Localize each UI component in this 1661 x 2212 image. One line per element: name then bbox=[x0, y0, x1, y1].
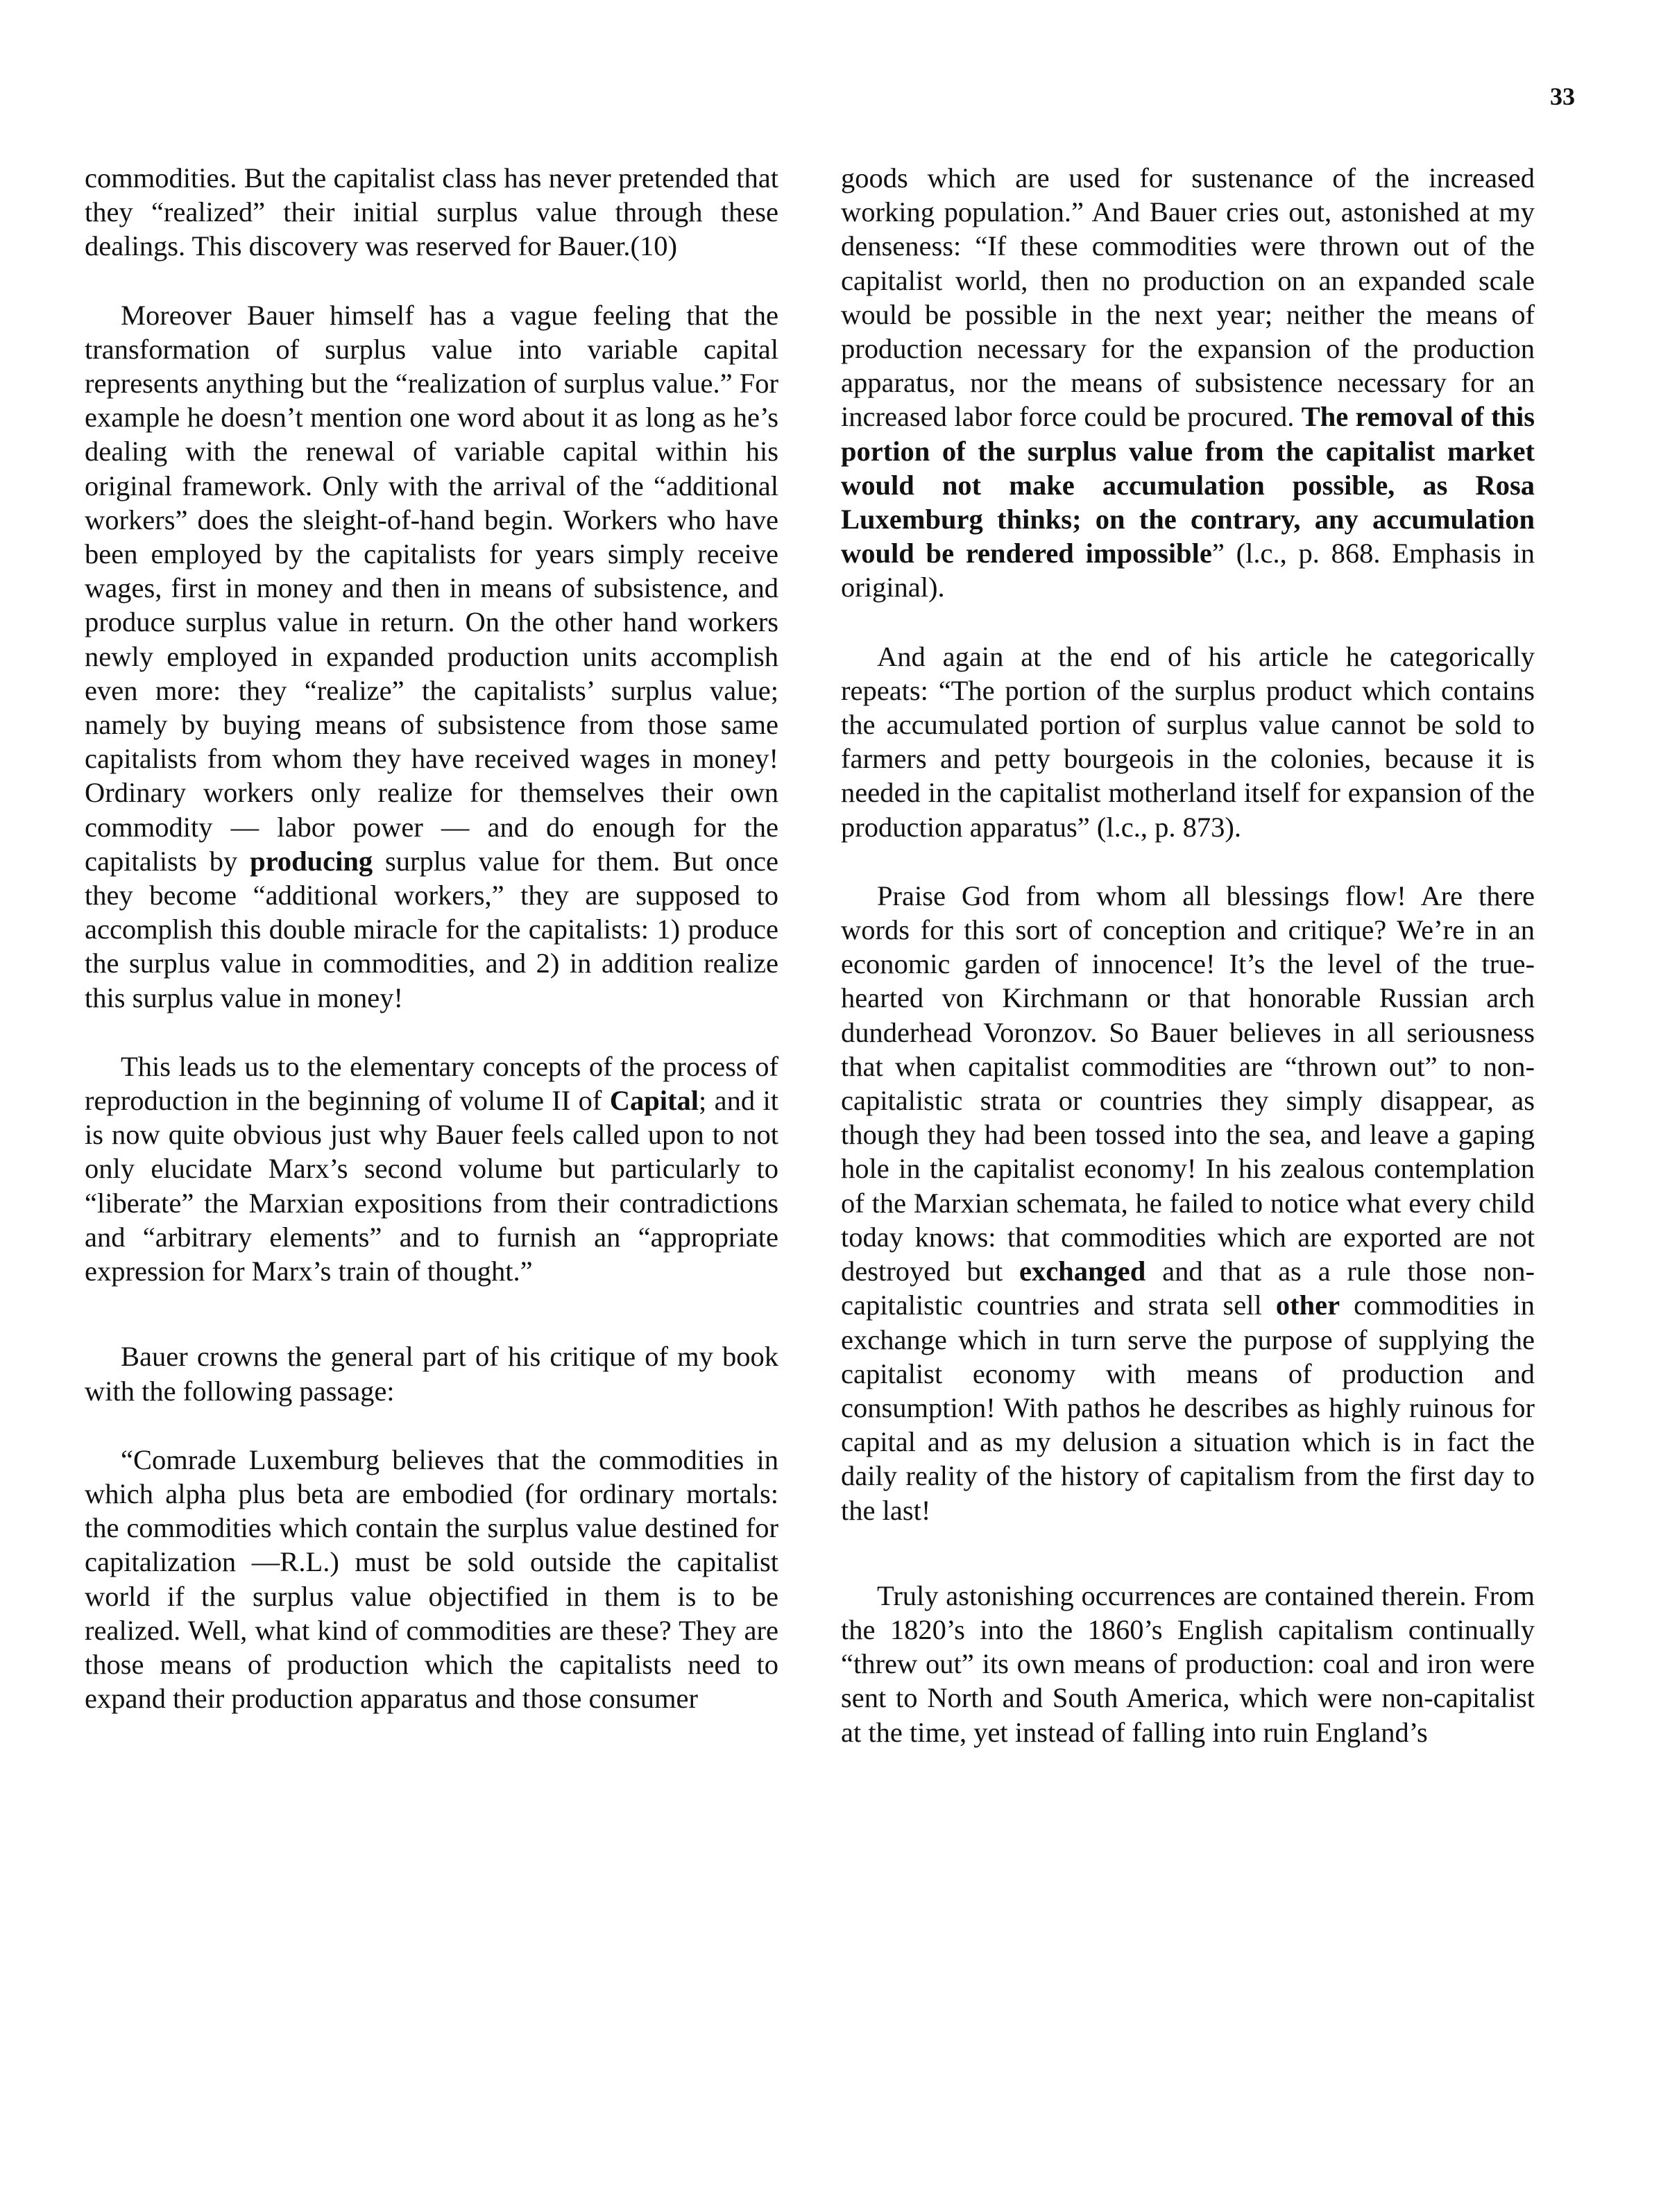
block-quote-paragraph: “Comrade Luxemburg believes that the com… bbox=[85, 1443, 778, 1716]
left-column: commodities. But the capitalist class ha… bbox=[85, 161, 778, 1715]
paragraph: Truly astonishing occurrences are contai… bbox=[841, 1579, 1535, 1749]
text-run: Moreover Bauer himself has a vague feeli… bbox=[85, 300, 778, 877]
paragraph-spacer bbox=[85, 264, 778, 298]
paragraph: Praise God from whom all blessings flow!… bbox=[841, 879, 1535, 1527]
bold-emphasis: other bbox=[1276, 1289, 1340, 1321]
text-run: “Comrade Luxemburg believes that the com… bbox=[85, 1444, 778, 1714]
paragraph-spacer bbox=[841, 844, 1535, 879]
text-run: goods which are used for sustenance of t… bbox=[841, 162, 1535, 432]
text-run: Truly astonishing occurrences are contai… bbox=[841, 1580, 1535, 1748]
paragraph-spacer bbox=[85, 1015, 778, 1049]
text-run: commodities in exchange which in turn se… bbox=[841, 1289, 1535, 1525]
paragraph: Bauer crowns the general part of his cri… bbox=[85, 1339, 778, 1407]
bold-emphasis: producing bbox=[250, 846, 373, 877]
paragraph-spacer bbox=[841, 605, 1535, 640]
paragraph: commodities. But the capitalist class ha… bbox=[85, 161, 778, 264]
paragraph-spacer bbox=[85, 1288, 778, 1339]
text-run: commodities. But the capitalist class ha… bbox=[85, 162, 778, 262]
page-number: 33 bbox=[1519, 82, 1575, 111]
paragraph: Moreover Bauer himself has a vague feeli… bbox=[85, 298, 778, 1015]
paragraph-spacer bbox=[841, 1527, 1535, 1579]
right-column: goods which are used for sustenance of t… bbox=[841, 161, 1535, 1749]
text-run: Bauer crowns the general part of his cri… bbox=[85, 1341, 778, 1406]
paragraph: And again at the end of his article he c… bbox=[841, 640, 1535, 844]
text-run: Praise God from whom all blessings flow!… bbox=[841, 880, 1535, 1287]
paragraph: This leads us to the elementary concepts… bbox=[85, 1049, 778, 1288]
bold-emphasis: Capital bbox=[610, 1085, 699, 1116]
bold-emphasis: exchanged bbox=[1019, 1255, 1145, 1287]
text-run: And again at the end of his article he c… bbox=[841, 641, 1535, 843]
paragraph: goods which are used for sustenance of t… bbox=[841, 161, 1535, 605]
paragraph-spacer bbox=[85, 1408, 778, 1443]
